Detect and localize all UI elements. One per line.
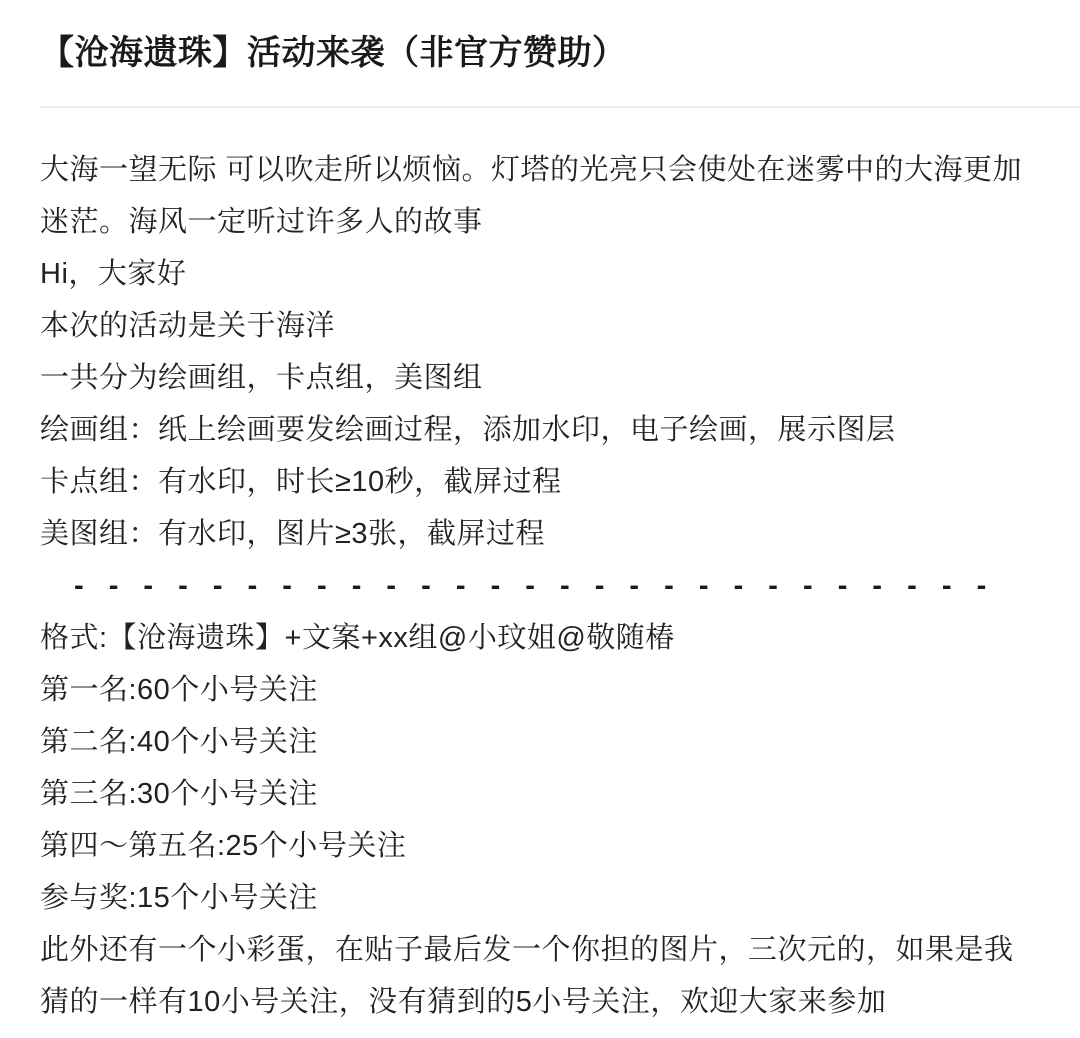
post-line: 格式:【沧海遗珠】+文案+xx组@小玟姐@敬随椿 (40, 612, 1040, 664)
post-title: 【沧海遗珠】活动来袭（非官方赞助） (40, 30, 1040, 76)
title-divider (40, 106, 1080, 108)
post-line: 本次的活动是关于海洋 (40, 300, 1040, 352)
post-line: 大海一望无际 可以吹走所以烦恼。灯塔的光亮只会使处在迷雾中的大海更加 (40, 144, 1040, 196)
dashed-separator: - - - - - - - - - - - - - - - - - - - - … (40, 560, 1040, 612)
post-line: 第三名:30个小号关注 (40, 768, 1040, 820)
post-line: 一共分为绘画组，卡点组，美图组 (40, 352, 1040, 404)
post-line: 绘画组：纸上绘画要发绘画过程，添加水印，电子绘画，展示图层 (40, 404, 1040, 456)
post-line: Hi，大家好 (40, 248, 1040, 300)
post-line: 迷茫。海风一定听过许多人的故事 (40, 196, 1040, 248)
post-line: 第一名:60个小号关注 (40, 664, 1040, 716)
post-line: 美图组：有水印，图片≥3张，截屏过程 (40, 508, 1040, 560)
post-page: 【沧海遗珠】活动来袭（非官方赞助） 大海一望无际 可以吹走所以烦恼。灯塔的光亮只… (0, 0, 1080, 1038)
post-body: 大海一望无际 可以吹走所以烦恼。灯塔的光亮只会使处在迷雾中的大海更加 迷茫。海风… (40, 144, 1040, 1028)
post-line: 第二名:40个小号关注 (40, 716, 1040, 768)
post-line: 卡点组：有水印，时长≥10秒，截屏过程 (40, 456, 1040, 508)
post-line: 第四～第五名:25个小号关注 (40, 820, 1040, 872)
post-line: 参与奖:15个小号关注 (40, 872, 1040, 924)
post-line: 此外还有一个小彩蛋，在贴子最后发一个你担的图片，三次元的，如果是我 (40, 924, 1040, 976)
post-line: 猜的一样有10小号关注，没有猜到的5小号关注，欢迎大家来参加 (40, 976, 1040, 1028)
